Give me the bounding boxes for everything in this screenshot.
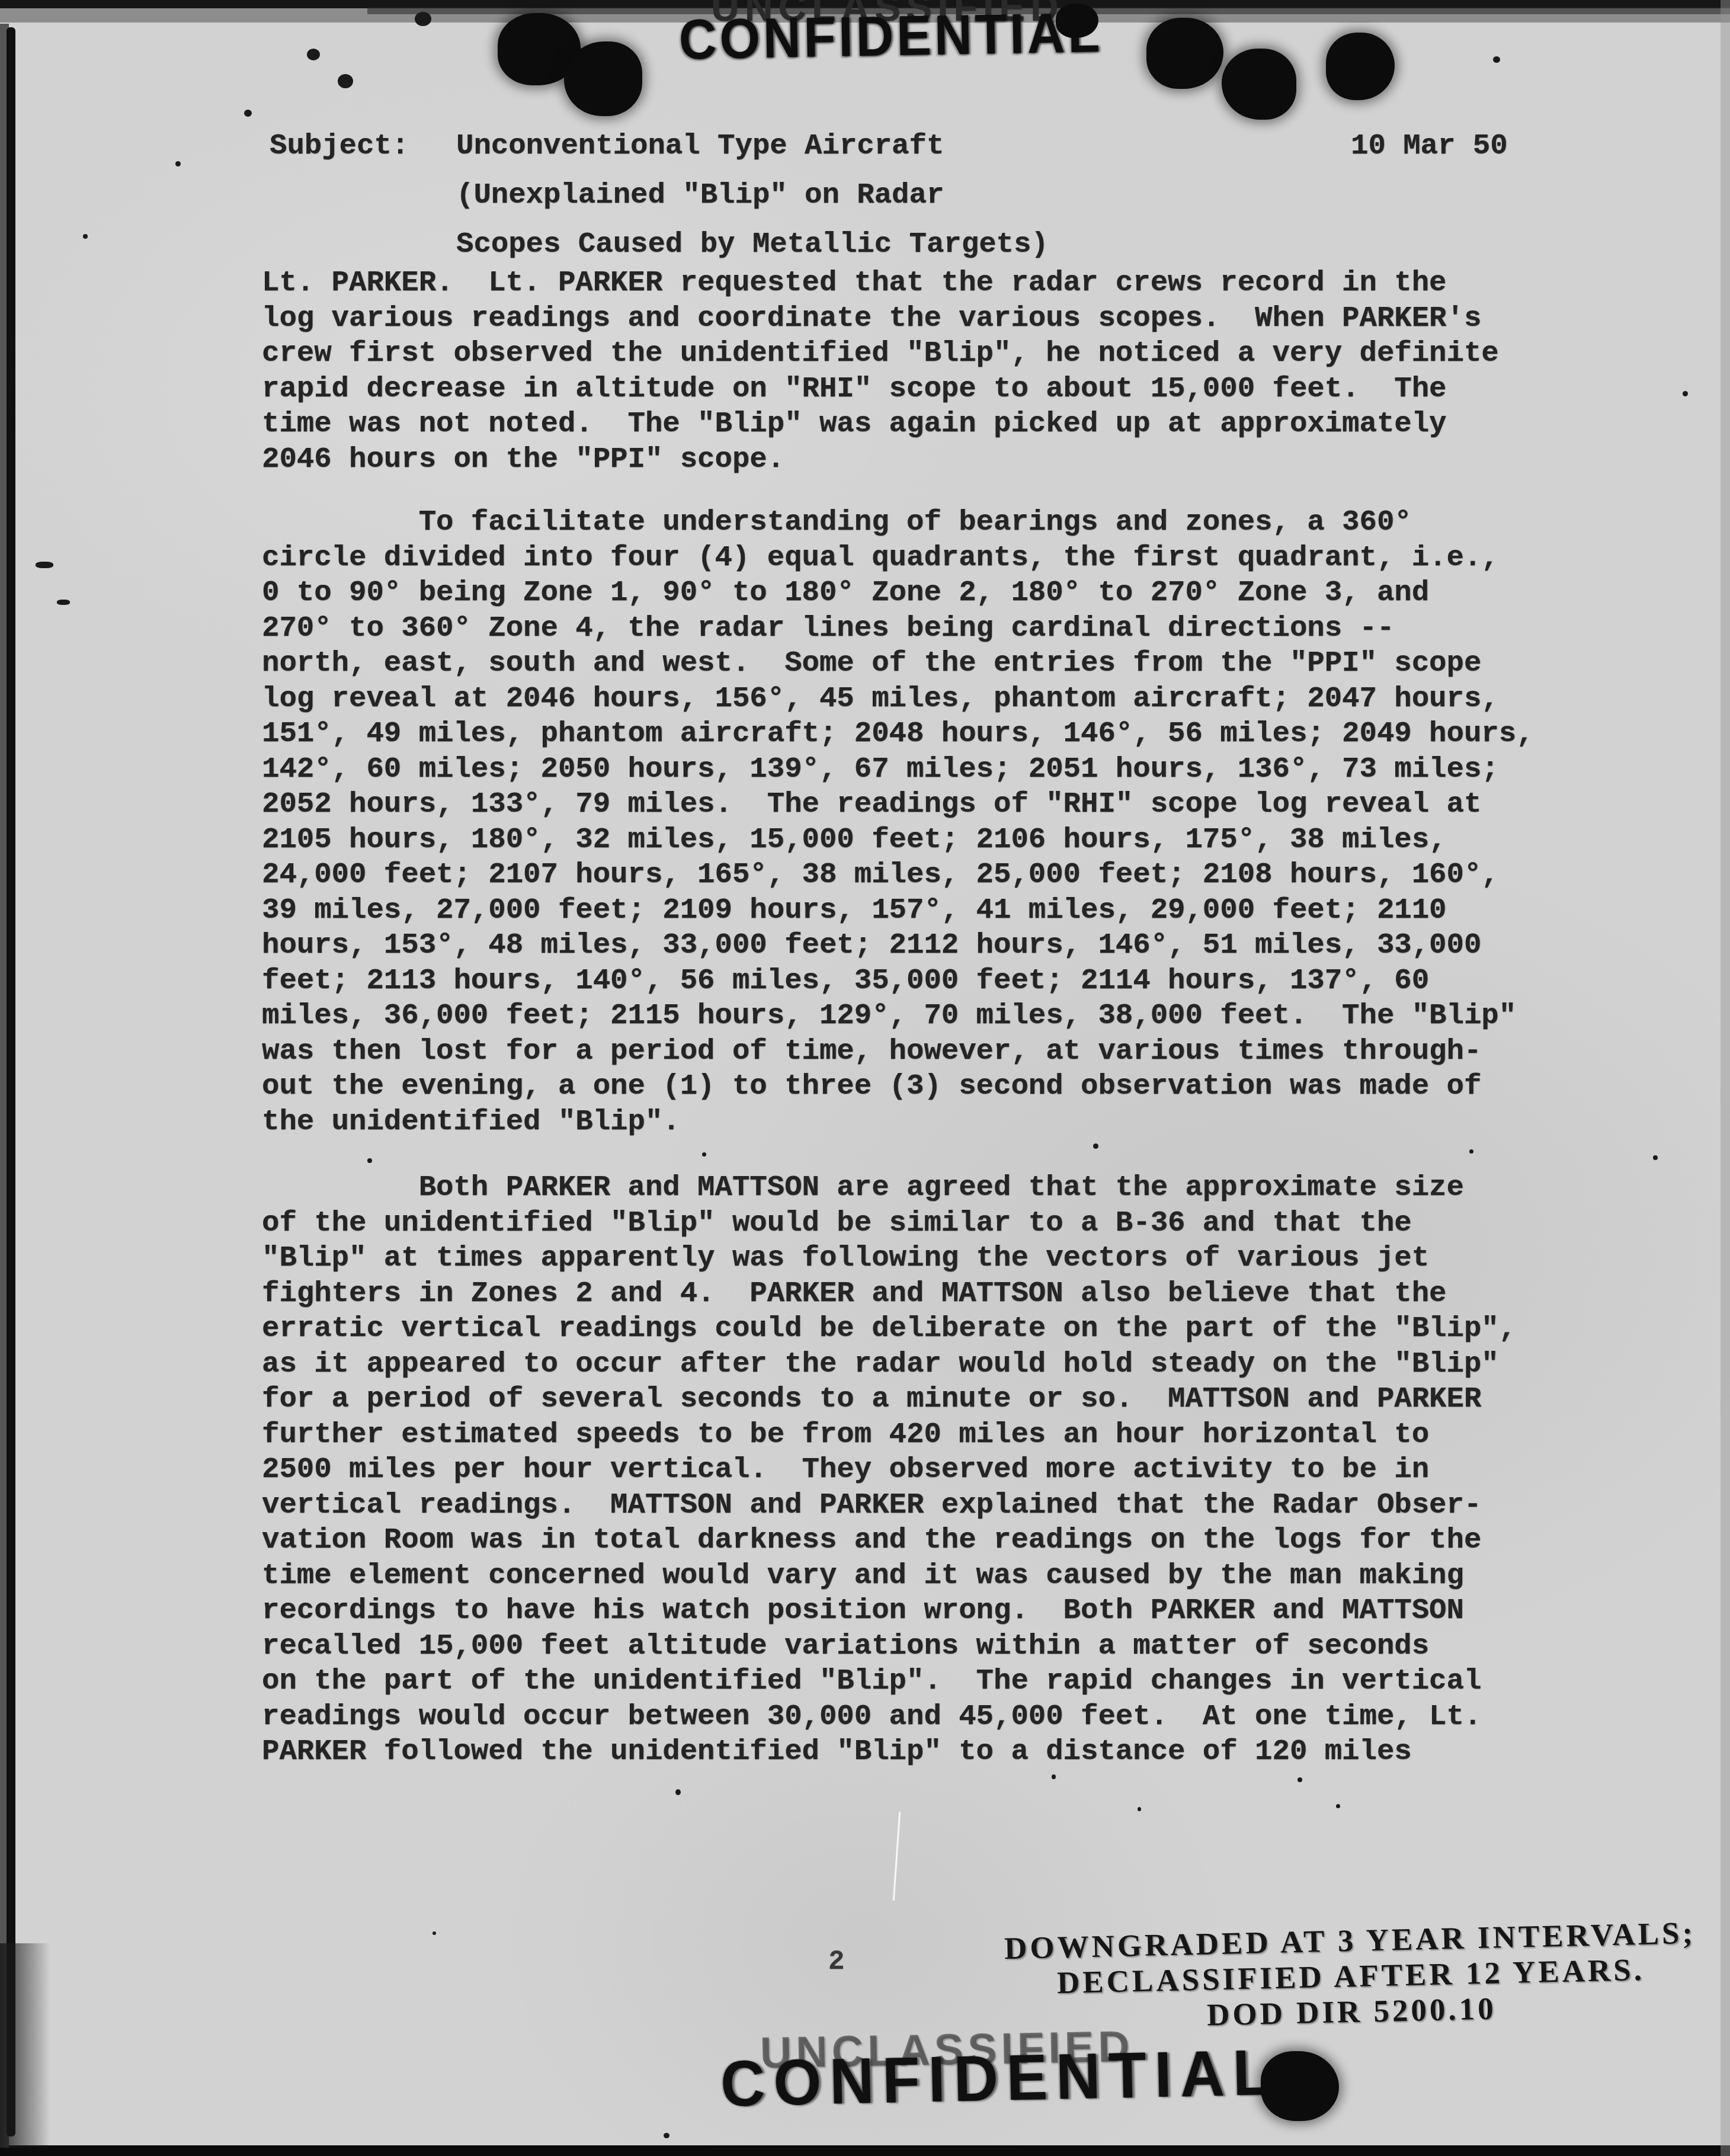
ink-speck bbox=[675, 1789, 681, 1795]
text-line: 2500 miles per hour vertical. They obser… bbox=[262, 1452, 1516, 1488]
text-line: 142°, 60 miles; 2050 hours, 139°, 67 mil… bbox=[262, 752, 1534, 787]
scan-scratch bbox=[893, 1812, 901, 1901]
confidential-stamp-bottom: CONFIDENTIAL bbox=[720, 2036, 1280, 2122]
scan-edge-bottom bbox=[0, 2145, 1730, 2156]
text-line: Both PARKER and MATTSON are agreed that … bbox=[262, 1170, 1516, 1206]
ink-speck bbox=[244, 110, 252, 117]
ink-blob bbox=[1146, 18, 1223, 89]
page-number: 2 bbox=[828, 1944, 845, 1980]
text-line: further estimated speeds to be from 420 … bbox=[262, 1417, 1516, 1453]
ink-speck bbox=[1052, 1774, 1056, 1779]
ink-speck bbox=[1653, 1155, 1658, 1160]
text-line: "Blip" at times apparently was following… bbox=[262, 1241, 1516, 1276]
confidential-stamp-top: CONFIDENTIAL bbox=[678, 0, 1103, 72]
paragraph-2: To facilitate understanding of bearings … bbox=[262, 505, 1534, 1139]
text-line: Scopes Caused by Metallic Targets) bbox=[456, 220, 1049, 269]
ink-speck bbox=[1493, 56, 1500, 63]
text-line: PARKER followed the unidentified "Blip" … bbox=[262, 1734, 1516, 1770]
ink-speck bbox=[1093, 1143, 1098, 1149]
scan-edge-left-shadow bbox=[0, 1943, 50, 2148]
subject-label: Subject: bbox=[270, 121, 409, 171]
text-line: readings would occur between 30,000 and … bbox=[262, 1699, 1516, 1735]
ink-speck bbox=[175, 161, 181, 166]
text-line: vation Room was in total darkness and th… bbox=[262, 1523, 1516, 1558]
text-line: 2105 hours, 180°, 32 miles, 15,000 feet;… bbox=[262, 822, 1534, 858]
text-line: 0 to 90° being Zone 1, 90° to 180° Zone … bbox=[262, 575, 1534, 611]
ink-blob bbox=[1222, 49, 1296, 120]
text-line: log various readings and coordinate the … bbox=[262, 301, 1499, 337]
ink-speck bbox=[57, 600, 70, 605]
text-line: feet; 2113 hours, 140°, 56 miles, 35,000… bbox=[262, 963, 1534, 999]
text-line: crew first observed the unidentified "Bl… bbox=[262, 336, 1499, 371]
ink-blob bbox=[564, 41, 642, 116]
text-line: 39 miles, 27,000 feet; 2109 hours, 157°,… bbox=[262, 893, 1534, 928]
ink-speck bbox=[1469, 1149, 1473, 1154]
text-line: rapid decrease in altitude on "RHI" scop… bbox=[262, 371, 1499, 407]
ink-blob bbox=[1326, 33, 1395, 100]
ink-speck bbox=[1683, 391, 1688, 396]
scan-edge-right bbox=[1721, 0, 1730, 2156]
text-line: 2052 hours, 133°, 79 miles. The readings… bbox=[262, 787, 1534, 822]
text-line: vertical readings. MATTSON and PARKER ex… bbox=[262, 1488, 1516, 1523]
text-line: for a period of several seconds to a min… bbox=[262, 1382, 1516, 1417]
text-line: miles, 36,000 feet; 2115 hours, 129°, 70… bbox=[262, 998, 1534, 1034]
text-line: (Unexplained "Blip" on Radar bbox=[456, 171, 1049, 220]
text-line: time element concerned would vary and it… bbox=[262, 1558, 1516, 1594]
text-line: 2046 hours on the "PPI" scope. bbox=[262, 442, 1499, 478]
ink-speck bbox=[432, 1931, 436, 1935]
paragraph-3: Both PARKER and MATTSON are agreed that … bbox=[262, 1170, 1516, 1770]
text-line: north, east, south and west. Some of the… bbox=[262, 646, 1534, 681]
text-line: Lt. PARKER. Lt. PARKER requested that th… bbox=[262, 265, 1499, 301]
ink-speck bbox=[36, 562, 53, 568]
scanned-document-page: UNCLASSIFIED CONFIDENTIAL Subject: Uncon… bbox=[0, 0, 1730, 2156]
ink-speck bbox=[307, 49, 320, 60]
ink-speck bbox=[702, 1152, 706, 1157]
ink-speck bbox=[367, 1158, 372, 1163]
text-line: was then lost for a period of time, howe… bbox=[262, 1034, 1534, 1069]
text-line: log reveal at 2046 hours, 156°, 45 miles… bbox=[262, 681, 1534, 717]
ink-speck bbox=[415, 12, 431, 26]
text-line: circle divided into four (4) equal quadr… bbox=[262, 540, 1534, 576]
text-line: Unconventional Type Aircraft bbox=[456, 121, 1049, 171]
text-line: erratic vertical readings could be delib… bbox=[262, 1311, 1516, 1347]
text-line: To facilitate understanding of bearings … bbox=[262, 505, 1534, 540]
text-line: 151°, 49 miles, phantom aircraft; 2048 h… bbox=[262, 716, 1534, 752]
subject-text: Unconventional Type Aircraft(Unexplained… bbox=[456, 121, 1049, 269]
text-line: 270° to 360° Zone 4, the radar lines bei… bbox=[262, 611, 1534, 646]
text-line: time was not noted. The "Blip" was again… bbox=[262, 406, 1499, 442]
document-date: 10 Mar 50 bbox=[1351, 121, 1508, 171]
ink-blob bbox=[1261, 2051, 1339, 2121]
scan-edge-left-line bbox=[7, 27, 15, 2136]
text-line: out the evening, a one (1) to three (3) … bbox=[262, 1069, 1534, 1104]
text-line: 24,000 feet; 2107 hours, 165°, 38 miles,… bbox=[262, 857, 1534, 893]
text-line: fighters in Zones 2 and 4. PARKER and MA… bbox=[262, 1276, 1516, 1312]
downgrade-stamp: DOWNGRADED AT 3 YEAR INTERVALS; DECLASSI… bbox=[965, 1914, 1730, 2038]
text-line: hours, 153°, 48 miles, 33,000 feet; 2112… bbox=[262, 928, 1534, 963]
text-line: of the unidentified "Blip" would be simi… bbox=[262, 1206, 1516, 1241]
ink-speck bbox=[83, 234, 88, 239]
ink-speck bbox=[664, 2133, 669, 2138]
text-line: as it appeared to occur after the radar … bbox=[262, 1347, 1516, 1382]
text-line: recordings to have his watch position wr… bbox=[262, 1593, 1516, 1629]
ink-speck bbox=[338, 74, 353, 88]
ink-speck bbox=[1297, 1777, 1302, 1782]
text-line: on the part of the unidentified "Blip". … bbox=[262, 1664, 1516, 1699]
ink-speck bbox=[1336, 1804, 1340, 1808]
ink-speck bbox=[1138, 1807, 1141, 1811]
paragraph-1: Lt. PARKER. Lt. PARKER requested that th… bbox=[262, 265, 1499, 477]
text-line: recalled 15,000 feet altitude variations… bbox=[262, 1629, 1516, 1664]
text-line: the unidentified "Blip". bbox=[262, 1104, 1534, 1140]
